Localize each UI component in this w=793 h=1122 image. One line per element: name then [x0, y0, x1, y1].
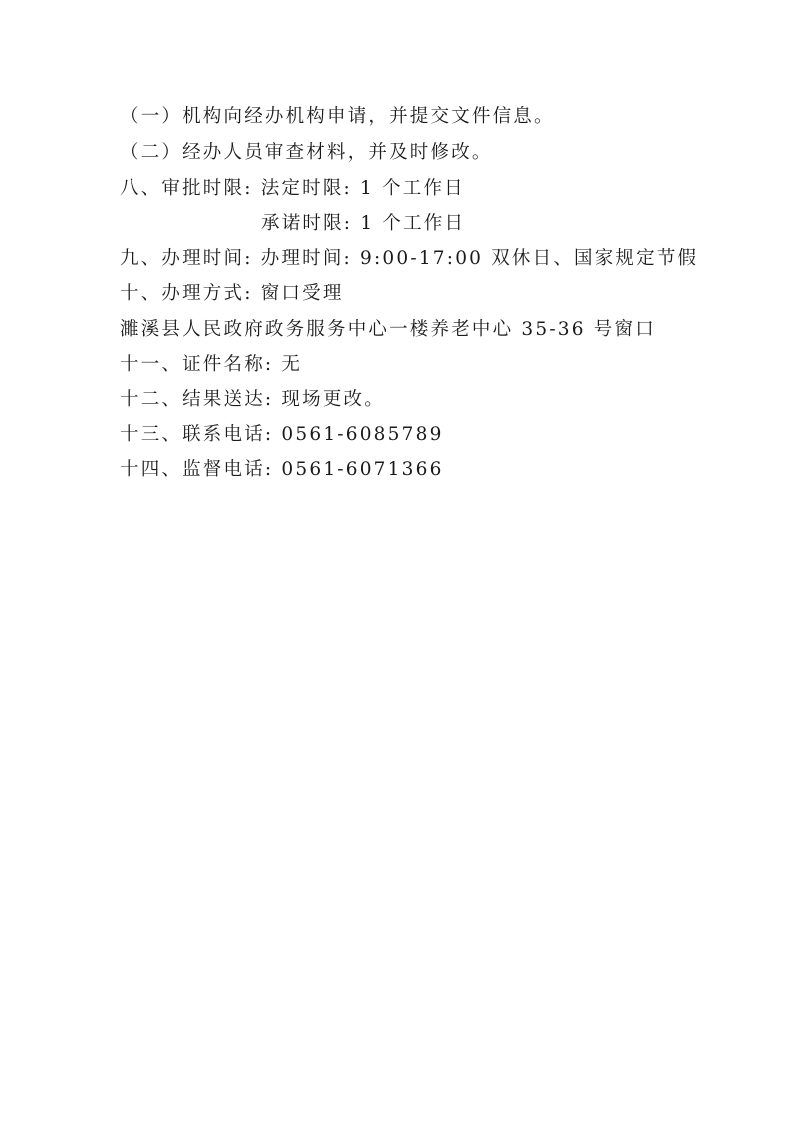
- promised-time-limit: 承诺时限: 1 个工作日: [261, 212, 465, 236]
- result-delivery: 十二、结果送达: 现场更改。: [120, 388, 385, 412]
- service-location: 濉溪县人民政府政务服务中心一楼养老中心 35-36 号窗口: [120, 318, 656, 342]
- handling-method: 十、办理方式: 窗口受理: [120, 282, 344, 306]
- step-one-text: （一）机构向经办机构申请，并提交文件信息。: [120, 105, 555, 129]
- step-two-text: （二）经办人员审查材料，并及时修改。: [120, 141, 493, 165]
- supervision-phone: 十四、监督电话: 0561-6071366: [120, 458, 444, 482]
- certificate-name: 十一、证件名称: 无: [120, 353, 302, 377]
- document-page: （一）机构向经办机构申请，并提交文件信息。 （二）经办人员审查材料，并及时修改。…: [0, 0, 793, 1122]
- office-hours: 九、办理时间: 办理时间: 9:00-17:00 双休日、国家规定节假: [120, 247, 698, 271]
- approval-time-limit: 八、审批时限: 法定时限: 1 个工作日: [120, 177, 465, 201]
- contact-phone: 十三、联系电话: 0561-6085789: [120, 423, 444, 447]
